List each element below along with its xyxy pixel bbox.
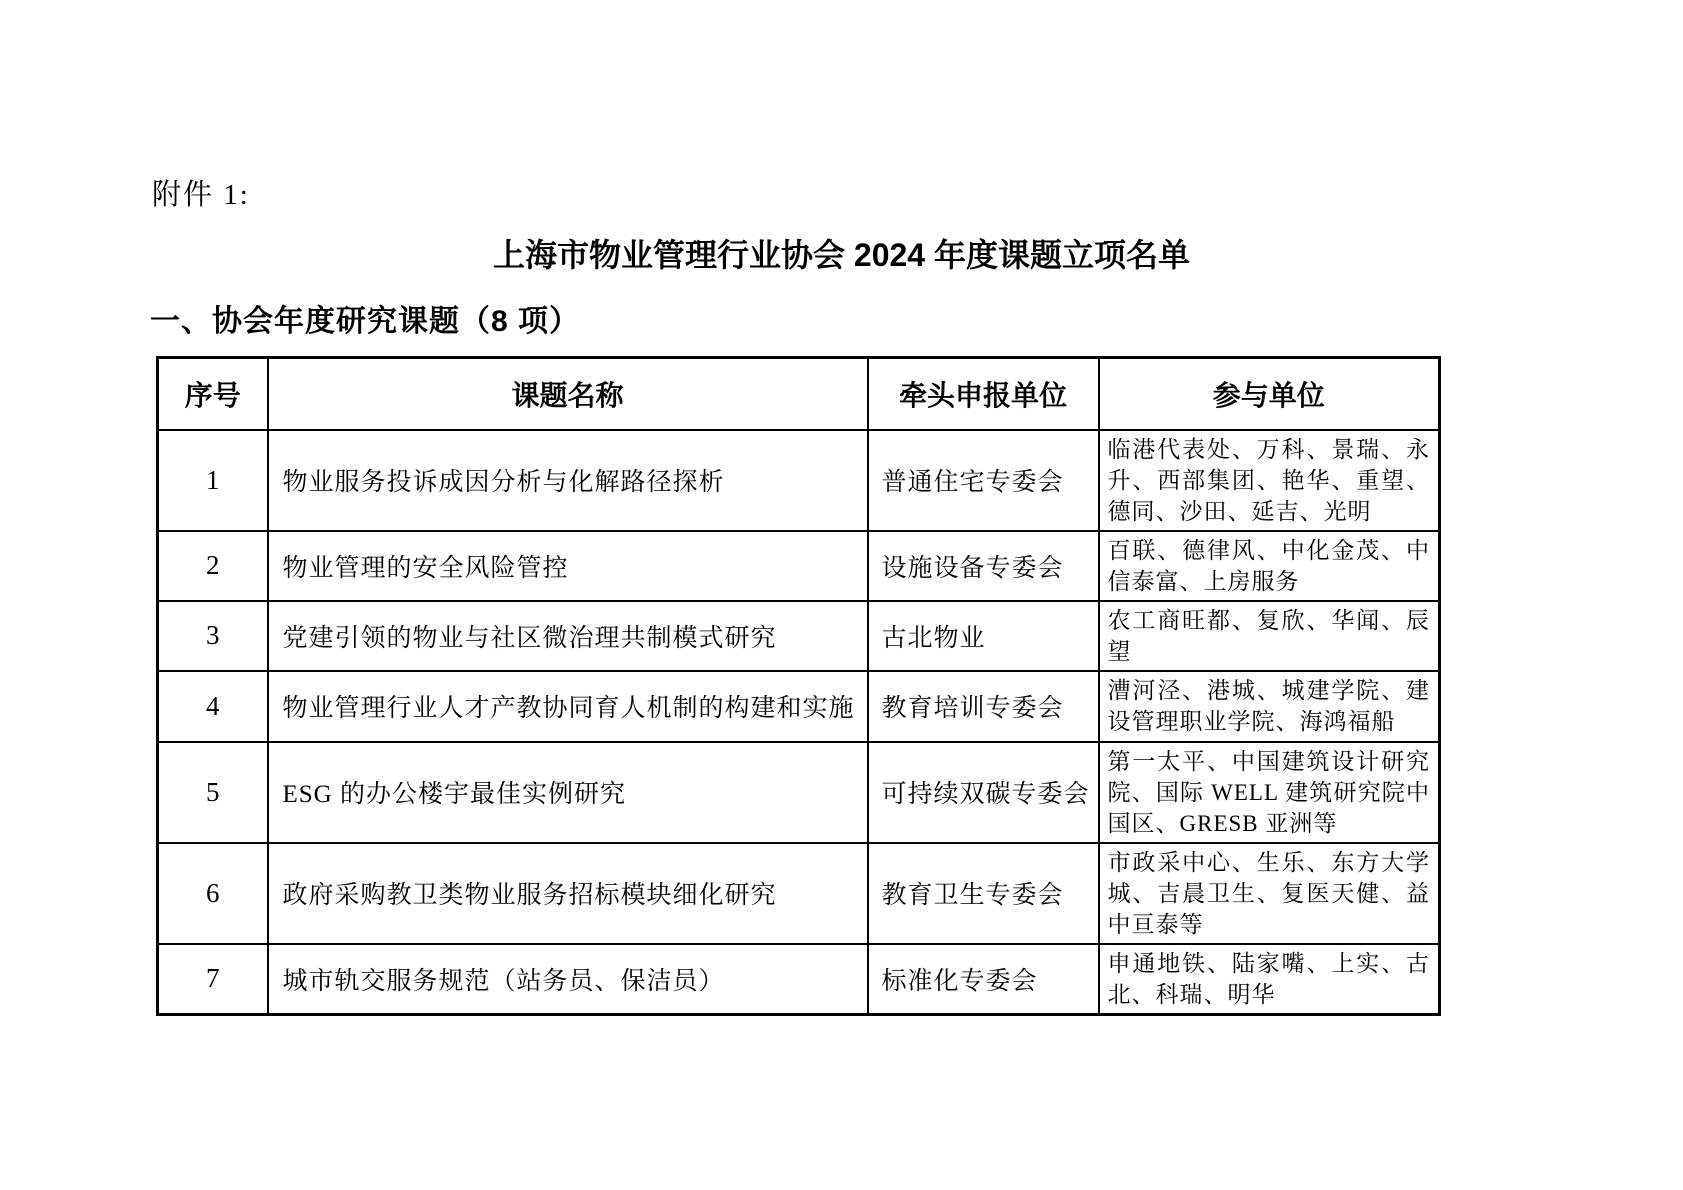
table-row: 4物业管理行业人才产教协同育人机制的构建和实施教育培训专委会漕河泾、港城、城建学… bbox=[158, 671, 1440, 742]
cell-lead-unit: 教育卫生专委会 bbox=[868, 843, 1099, 944]
cell-participants: 百联、德律风、中化金茂、中信泰富、上房服务 bbox=[1099, 531, 1440, 601]
cell-participants: 申通地铁、陆家嘴、上实、古北、科瑞、明华 bbox=[1099, 944, 1440, 1015]
cell-participants: 漕河泾、港城、城建学院、建设管理职业学院、海鸿福船 bbox=[1099, 671, 1440, 742]
column-header-topic: 课题名称 bbox=[268, 358, 868, 430]
table-body: 1物业服务投诉成因分析与化解路径探析普通住宅专委会临港代表处、万科、景瑞、永升、… bbox=[158, 430, 1440, 1015]
cell-topic: ESG 的办公楼宇最佳实例研究 bbox=[268, 742, 868, 843]
cell-participants: 市政采中心、生乐、东方大学城、吉晨卫生、复医天健、益中亘泰等 bbox=[1099, 843, 1440, 944]
attachment-label: 附件 1: bbox=[152, 172, 250, 213]
cell-topic: 城市轨交服务规范（站务员、保洁员） bbox=[268, 944, 868, 1015]
cell-lead-unit: 可持续双碳专委会 bbox=[868, 742, 1099, 843]
cell-topic: 政府采购教卫类物业服务招标模块细化研究 bbox=[268, 843, 868, 944]
cell-topic: 物业管理的安全风险管控 bbox=[268, 531, 868, 601]
table-row: 7城市轨交服务规范（站务员、保洁员）标准化专委会申通地铁、陆家嘴、上实、古北、科… bbox=[158, 944, 1440, 1015]
table-row: 3党建引领的物业与社区微治理共制模式研究古北物业农工商旺都、复欣、华闻、辰望 bbox=[158, 601, 1440, 671]
cell-lead-unit: 教育培训专委会 bbox=[868, 671, 1099, 742]
cell-lead-unit: 标准化专委会 bbox=[868, 944, 1099, 1015]
cell-lead-unit: 古北物业 bbox=[868, 601, 1099, 671]
cell-no: 4 bbox=[158, 671, 268, 742]
column-header-no: 序号 bbox=[158, 358, 268, 430]
table-row: 6政府采购教卫类物业服务招标模块细化研究教育卫生专委会市政采中心、生乐、东方大学… bbox=[158, 843, 1440, 944]
table-row: 5ESG 的办公楼宇最佳实例研究可持续双碳专委会第一太平、中国建筑设计研究院、国… bbox=[158, 742, 1440, 843]
cell-no: 6 bbox=[158, 843, 268, 944]
cell-topic: 物业管理行业人才产教协同育人机制的构建和实施 bbox=[268, 671, 868, 742]
table-header-row: 序号 课题名称 牵头申报单位 参与单位 bbox=[158, 358, 1440, 430]
cell-no: 5 bbox=[158, 742, 268, 843]
cell-no: 3 bbox=[158, 601, 268, 671]
cell-no: 7 bbox=[158, 944, 268, 1015]
cell-participants: 第一太平、中国建筑设计研究院、国际 WELL 建筑研究院中国区、GRESB 亚洲… bbox=[1099, 742, 1440, 843]
page-title: 上海市物业管理行业协会 2024 年度课题立项名单 bbox=[0, 230, 1683, 276]
cell-participants: 临港代表处、万科、景瑞、永升、西部集团、艳华、重望、德同、沙田、延吉、光明 bbox=[1099, 430, 1440, 531]
table-row: 2物业管理的安全风险管控设施设备专委会百联、德律风、中化金茂、中信泰富、上房服务 bbox=[158, 531, 1440, 601]
cell-no: 1 bbox=[158, 430, 268, 531]
document-page: 附件 1: 上海市物业管理行业协会 2024 年度课题立项名单 一、协会年度研究… bbox=[0, 0, 1683, 1190]
cell-topic: 物业服务投诉成因分析与化解路径探析 bbox=[268, 430, 868, 531]
cell-lead-unit: 设施设备专委会 bbox=[868, 531, 1099, 601]
cell-lead-unit: 普通住宅专委会 bbox=[868, 430, 1099, 531]
column-header-participants: 参与单位 bbox=[1099, 358, 1440, 430]
section-heading: 一、协会年度研究课题（8 项） bbox=[150, 296, 580, 340]
table-row: 1物业服务投诉成因分析与化解路径探析普通住宅专委会临港代表处、万科、景瑞、永升、… bbox=[158, 430, 1440, 531]
column-header-lead-unit: 牵头申报单位 bbox=[868, 358, 1099, 430]
research-topics-table: 序号 课题名称 牵头申报单位 参与单位 1物业服务投诉成因分析与化解路径探析普通… bbox=[156, 356, 1441, 1016]
cell-no: 2 bbox=[158, 531, 268, 601]
cell-topic: 党建引领的物业与社区微治理共制模式研究 bbox=[268, 601, 868, 671]
cell-participants: 农工商旺都、复欣、华闻、辰望 bbox=[1099, 601, 1440, 671]
